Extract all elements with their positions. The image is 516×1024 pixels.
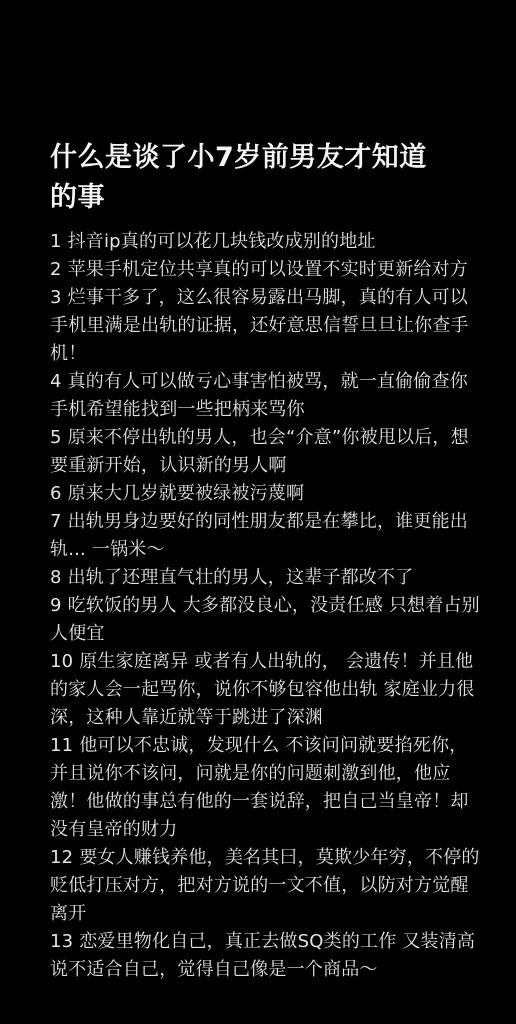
list-item: 12 要女人赚钱养他，美名其曰，莫欺少年穷，不停的贬低打压对方，把对方说的一文不… bbox=[50, 844, 482, 928]
post-body: 什么是谈了小7岁前男友才知道的事 1 抖音ip真的可以花几块钱改成别的地址2 苹… bbox=[50, 138, 482, 984]
post-items: 1 抖音ip真的可以花几块钱改成别的地址2 苹果手机定位共享真的可以设置不实时更… bbox=[50, 228, 482, 984]
list-item: 6 原来大几岁就要被绿被污蔑啊 bbox=[50, 480, 482, 508]
list-item: 13 恋爱里物化自己，真正去做SQ类的工作 又装清高说不适合自己，觉得自己像是一… bbox=[50, 928, 482, 984]
list-item: 9 吃软饭的男人 大多都没良心，没责任感 只想着占别人便宜 bbox=[50, 592, 482, 648]
list-item: 10 原生家庭离异 或者有人出轨的， 会遗传！并且他的家人会一起骂你，说你不够包… bbox=[50, 648, 482, 732]
list-item: 11 他可以不忠诚，发现什么 不该问问就要掐死你，并且说你不该问，问就是你的问题… bbox=[50, 732, 482, 844]
list-item: 2 苹果手机定位共享真的可以设置不实时更新给对方 bbox=[50, 256, 482, 284]
screenshot-canvas: 什么是谈了小7岁前男友才知道的事 1 抖音ip真的可以花几块钱改成别的地址2 苹… bbox=[0, 0, 516, 1024]
list-item: 5 原来不停出轨的男人，也会“介意”你被甩以后，想要重新开始，认识新的男人啊 bbox=[50, 424, 482, 480]
post-title: 什么是谈了小7岁前男友才知道的事 bbox=[50, 138, 452, 218]
list-item: 4 真的有人可以做亏心事害怕被骂，就一直偷偷查你手机希望能找到一些把柄来骂你 bbox=[50, 368, 482, 424]
list-item: 8 出轨了还理直气壮的男人，这辈子都改不了 bbox=[50, 564, 482, 592]
list-item: 1 抖音ip真的可以花几块钱改成别的地址 bbox=[50, 228, 482, 256]
list-item: 7 出轨男身边要好的同性朋友都是在攀比，谁更能出轨... 一锅米～ bbox=[50, 508, 482, 564]
list-item: 3 烂事干多了，这么很容易露出马脚，真的有人可以手机里满是出轨的证据，还好意思信… bbox=[50, 284, 482, 368]
